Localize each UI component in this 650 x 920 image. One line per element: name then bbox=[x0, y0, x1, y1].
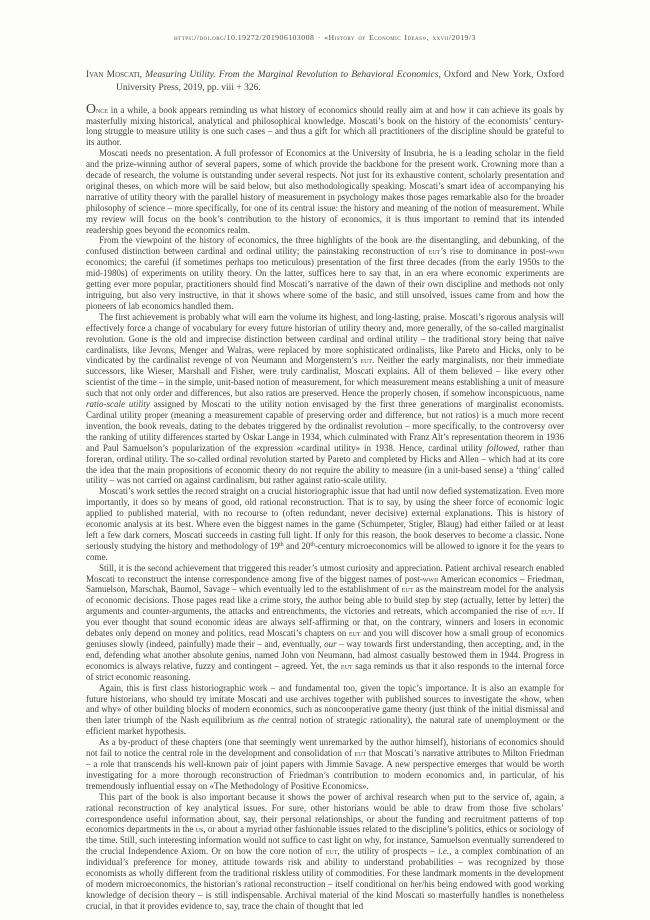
text-segment: eut bbox=[349, 628, 361, 638]
text-segment: eut bbox=[355, 748, 367, 758]
text-segment: eut bbox=[360, 355, 372, 365]
text-segment: our bbox=[324, 639, 337, 649]
paragraph: The first achievement is probably what w… bbox=[86, 312, 564, 487]
paragraph: Still, it is the second achievement that… bbox=[86, 563, 564, 683]
paragraph: This part of the book is also important … bbox=[86, 792, 564, 912]
text-segment: followed bbox=[486, 443, 517, 453]
text-segment: Ivan Moscati bbox=[86, 70, 140, 80]
text-segment: eut bbox=[402, 584, 414, 594]
text-segment: eut bbox=[341, 661, 353, 671]
text-segment: the bbox=[258, 715, 269, 725]
dropcap-initial: O bbox=[86, 101, 96, 116]
paragraph: Moscati’s work settles the record straig… bbox=[86, 486, 564, 562]
text-segment: economics; the careful (if sometimes per… bbox=[86, 257, 564, 311]
text-segment: in a while, a book appears reminding us … bbox=[86, 105, 564, 148]
text-segment: eut bbox=[429, 246, 441, 256]
text-segment: eut bbox=[541, 606, 553, 616]
text-segment: Measuring Utility. From the Marginal Rev… bbox=[145, 70, 438, 80]
text-segment: and 20 bbox=[284, 541, 311, 551]
text-segment: i.e. bbox=[438, 846, 449, 856]
text-segment: wwii bbox=[423, 574, 438, 584]
article-body: Once in a while, a book appears remindin… bbox=[86, 105, 564, 912]
text-segment: , the utility of prospects – bbox=[337, 846, 438, 856]
paragraph: As a by-product of these chapters (one t… bbox=[86, 737, 564, 792]
paragraph: Moscati needs no presentation. A full pr… bbox=[86, 148, 564, 235]
journal-header-doi-line: https://doi.org/10.19272/201906103008 · … bbox=[0, 33, 650, 42]
paragraph: From the viewpoint of the history of eco… bbox=[86, 235, 564, 311]
text-segment: ’s rise to dominance in post- bbox=[440, 246, 548, 256]
paragraph: Once in a while, a book appears remindin… bbox=[86, 105, 564, 149]
text-segment: wwii bbox=[549, 246, 564, 256]
citation: Ivan Moscati, Measuring Utility. From th… bbox=[86, 69, 564, 95]
text-segment: Moscati needs no presentation. A full pr… bbox=[86, 148, 564, 234]
text-segment: nce bbox=[96, 105, 108, 115]
paragraph: Again, this is first class historiograph… bbox=[86, 683, 564, 738]
text-segment: ratio-scale utility bbox=[86, 399, 150, 409]
page: https://doi.org/10.19272/201906103008 · … bbox=[0, 0, 650, 920]
text-segment: eut bbox=[326, 846, 338, 856]
page-content: Ivan Moscati, Measuring Utility. From th… bbox=[86, 69, 564, 912]
